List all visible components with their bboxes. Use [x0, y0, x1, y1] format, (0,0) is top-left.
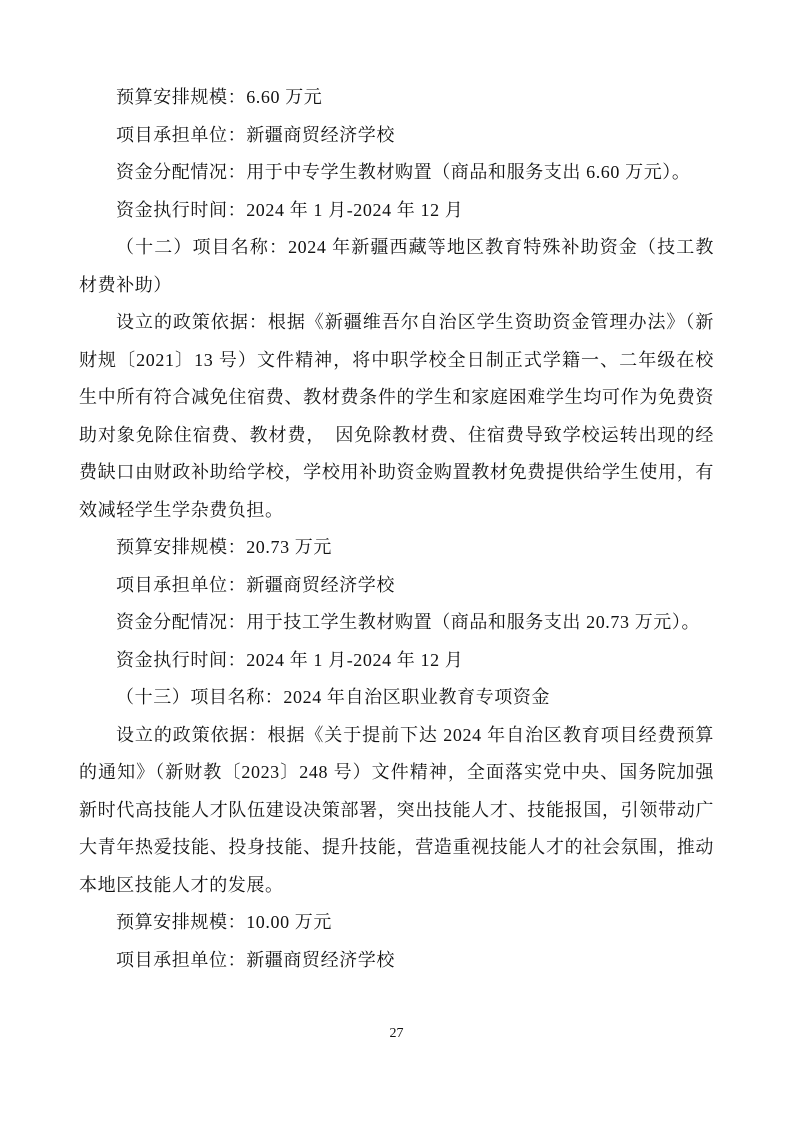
paragraph-budget-scale: 预算安排规模：20.73 万元 [79, 529, 714, 567]
paragraph-fund-allocation: 资金分配情况：用于中专学生教材购置（商品和服务支出 6.60 万元）。 [79, 154, 714, 192]
paragraph-undertaking-unit: 项目承担单位：新疆商贸经济学校 [79, 567, 714, 605]
paragraph-project-12-title: （十二）项目名称：2024 年新疆西藏等地区教育特殊补助资金（技工教材费补助） [79, 229, 714, 304]
paragraph-project-12-policy-basis: 设立的政策依据：根据《新疆维吾尔自治区学生资助资金管理办法》（新财规〔2021〕… [79, 304, 714, 529]
document-body: 预算安排规模：6.60 万元 项目承担单位：新疆商贸经济学校 资金分配情况：用于… [79, 79, 714, 979]
paragraph-fund-execution-time: 资金执行时间：2024 年 1 月-2024 年 12 月 [79, 192, 714, 230]
paragraph-undertaking-unit: 项目承担单位：新疆商贸经济学校 [79, 942, 714, 980]
paragraph-fund-allocation: 资金分配情况：用于技工学生教材购置（商品和服务支出 20.73 万元）。 [79, 604, 714, 642]
document-page: 预算安排规模：6.60 万元 项目承担单位：新疆商贸经济学校 资金分配情况：用于… [0, 0, 793, 1122]
paragraph-project-13-title: （十三）项目名称：2024 年自治区职业教育专项资金 [79, 679, 714, 717]
paragraph-project-13-policy-basis: 设立的政策依据：根据《关于提前下达 2024 年自治区教育项目经费预算的通知》（… [79, 717, 714, 905]
paragraph-budget-scale: 预算安排规模：10.00 万元 [79, 904, 714, 942]
paragraph-budget-scale: 预算安排规模：6.60 万元 [79, 79, 714, 117]
paragraph-undertaking-unit: 项目承担单位：新疆商贸经济学校 [79, 117, 714, 155]
paragraph-fund-execution-time: 资金执行时间：2024 年 1 月-2024 年 12 月 [79, 642, 714, 680]
page-number: 27 [0, 1026, 793, 1042]
